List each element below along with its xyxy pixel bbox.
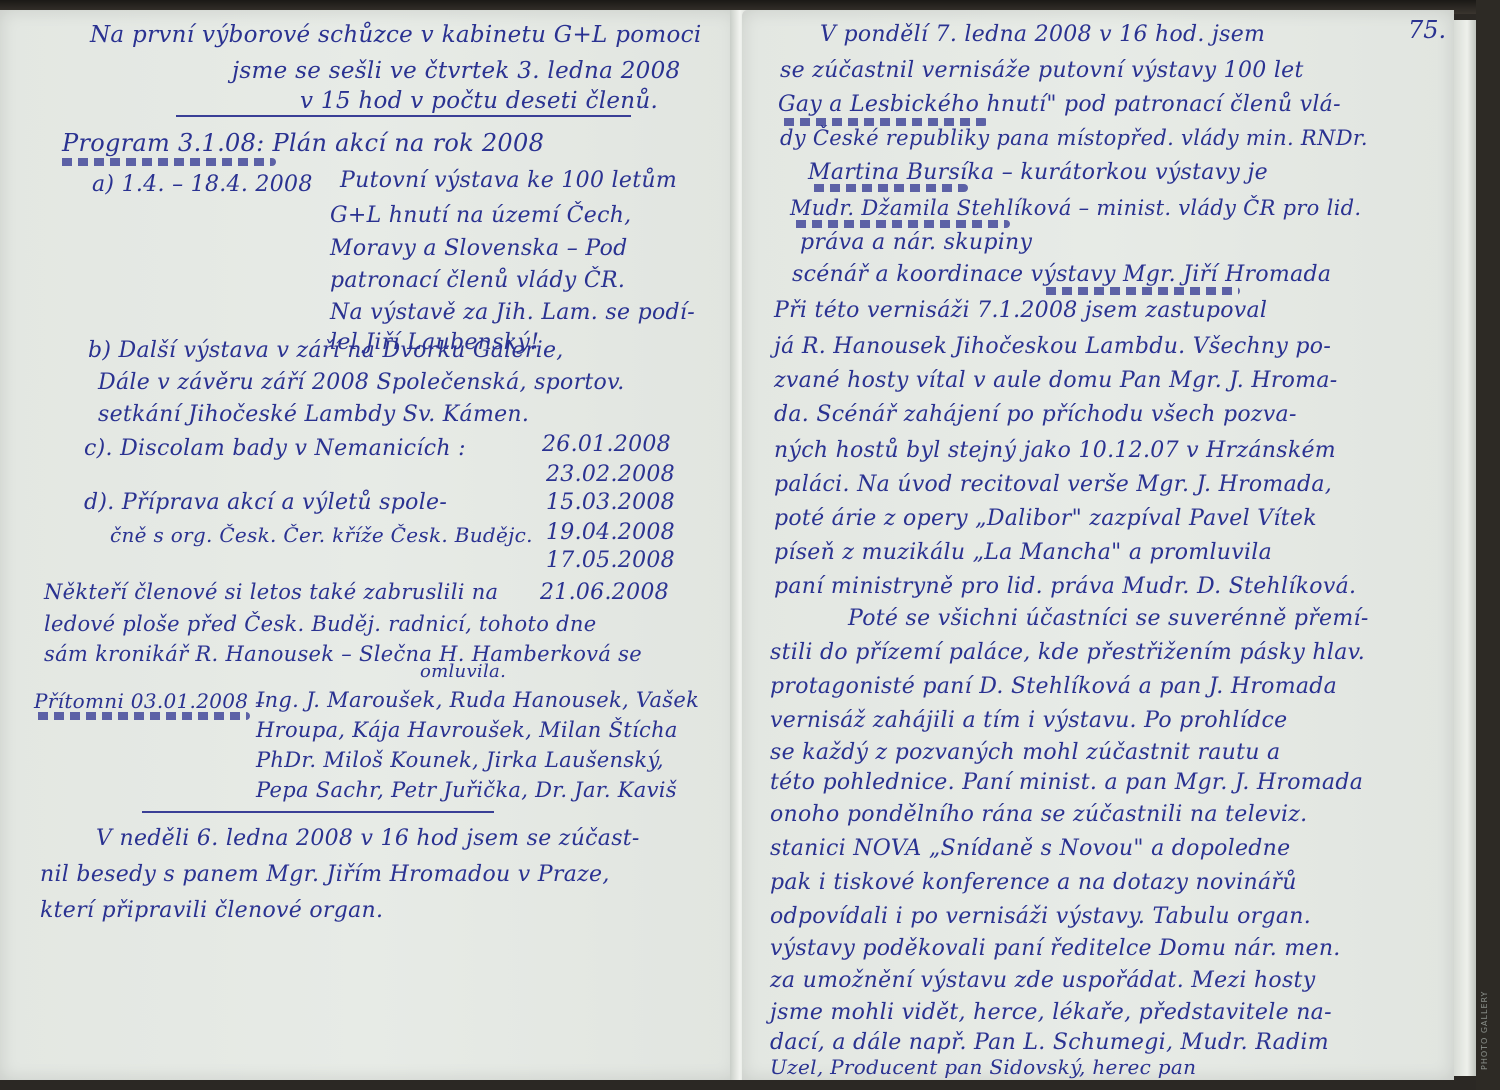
paragraph-line: Mudr. Džamila Stehlíková – minist. vlády… [790, 196, 1361, 220]
paragraph-line: se každý z pozvaných mohl zúčastnit raut… [770, 740, 1280, 765]
paragraph-line: vernisáž zahájili a tím i výstavu. Po pr… [770, 708, 1287, 733]
event-date: 23.02.2008 [546, 462, 675, 487]
skating-line: omluvila. [420, 662, 506, 683]
paragraph-line: odpovídali i po vernisáži výstavy. Tabul… [770, 904, 1311, 929]
program-heading-underline [56, 158, 276, 166]
attendance-label-underline [32, 712, 250, 720]
paragraph-line: výstavy poděkovali paní ředitelce Domu n… [770, 936, 1341, 961]
paragraph-line: Martina Bursíka – kurátorkou výstavy je [808, 160, 1268, 185]
paragraph-line: onoho pondělního rána se zúčastnili na t… [770, 802, 1307, 827]
item-d-line: čně s org. Česk. Čer. kříže Česk. Budějc… [110, 524, 533, 547]
exhibition-title-underline [778, 118, 988, 126]
skating-line: ledové ploše před Česk. Buděj. radnicí, … [44, 612, 596, 636]
attendance-names-line: Pepa Sachr, Petr Juřička, Dr. Jar. Kaviš [256, 778, 677, 802]
program-heading: Program 3.1.08: Plán akcí na rok 2008 [62, 130, 544, 158]
skating-line: Někteří členové si letos také zabruslili… [44, 580, 498, 604]
item-b-line: Dále v závěru září 2008 Společenská, spo… [98, 370, 625, 395]
item-a-line: Moravy a Slovenska – Pod [330, 236, 628, 261]
minister-underline [790, 220, 1010, 228]
paragraph-line: dy České republiky pana místopřed. vlády… [780, 126, 1368, 150]
attendance-names-line: PhDr. Miloš Kounek, Jirka Laušenský, [256, 748, 664, 772]
skating-line: sám kronikář R. Hanousek – Slečna H. Ham… [44, 642, 642, 666]
intro-underline [176, 115, 631, 117]
intro-line: Na první výborové schůzce v kabinetu G+L… [90, 22, 702, 48]
paragraph-line: Poté se všichni účastníci se suverénně p… [848, 606, 1369, 631]
item-a-line: G+L hnutí na území Čech, [330, 203, 631, 228]
sunday-line: nil besedy s panem Mgr. Jiřím Hromadou v… [40, 862, 610, 887]
event-date: 17.05.2008 [546, 548, 675, 573]
paragraph-line: stili do přízemí paláce, kde přestřižení… [770, 640, 1365, 665]
item-b-line: b) Další výstava v září na Dvorku Galeri… [88, 338, 564, 363]
paragraph-line: já R. Hanousek Jihočeskou Lambdu. Všechn… [774, 334, 1331, 359]
item-a-line: Putovní výstava ke 100 letům [340, 168, 677, 193]
attendance-label: Přítomni 03.01.2008 – [34, 690, 265, 713]
paragraph-line: píseň z muzikálu „La Mancha" a promluvil… [774, 540, 1272, 565]
intro-line: v 15 hod v počtu deseti členů. [300, 88, 658, 114]
paragraph-line: Při této vernisáži 7.1.2008 jsem zastupo… [774, 298, 1267, 323]
paragraph-line: dací, a dále např. Pan L. Schumegi, Mudr… [770, 1030, 1329, 1055]
paragraph-line: se zúčastnil vernisáže putovní výstavy 1… [780, 58, 1304, 83]
program-item-c: c). Discolam bady v Nemanicích : [84, 436, 466, 461]
attendance-names-line: Hroupa, Kája Havroušek, Milan Štícha [256, 718, 678, 742]
paragraph-line: paláci. Na úvod recitoval verše Mgr. J. … [774, 472, 1332, 497]
paragraph-line: této pohlednice. Paní minist. a pan Mgr.… [770, 770, 1363, 795]
paragraph-line: stanici NOVA „Snídaně s Novou" a dopoled… [770, 836, 1290, 861]
photo-watermark: PHOTO GALLERY [1480, 930, 1494, 1070]
scenario-underline [1040, 287, 1240, 295]
paragraph-line: Gay a Lesbického hnutí" pod patronací čl… [778, 92, 1341, 117]
attendance-names-line: Ing. J. Maroušek, Ruda Hanousek, Vašek [256, 688, 699, 712]
intro-line: jsme se sešli ve čtvrtek 3. ledna 2008 [232, 58, 680, 84]
sunday-line: kterí připravili členové organ. [40, 898, 383, 923]
paragraph-line: jsme mohli vidět, herce, lékaře, předsta… [770, 1000, 1332, 1025]
paragraph-line: da. Scénář zahájení po příchodu všech po… [774, 402, 1297, 427]
paragraph-line: protagonisté paní D. Stehlíková a pan J.… [770, 674, 1337, 699]
sunday-line: V neděli 6. ledna 2008 v 16 hod jsem se … [96, 826, 640, 851]
paragraph-line: zvané hosty vítal v aule domu Pan Mgr. J… [774, 368, 1338, 393]
notebook-spread: PHOTO GALLERY Na první výborové schůzce … [0, 0, 1500, 1090]
paragraph-line: paní ministryně pro lid. práva Mudr. D. … [774, 574, 1356, 599]
book-cover-edge [1476, 0, 1500, 1090]
event-date: 15.03.2008 [546, 490, 675, 515]
paragraph-line: scénář a koordinace výstavy Mgr. Jiří Hr… [792, 262, 1331, 287]
paragraph-line: poté árie z opery „Dalibor" zazpíval Pav… [774, 506, 1317, 531]
event-date: 26.01.2008 [542, 432, 671, 457]
right-page-edge [1454, 20, 1476, 1076]
item-b-line: setkání Jihočeské Lambdy Sv. Kámen. [98, 402, 529, 427]
paragraph-line: za umožnění výstavu zde uspořádat. Mezi … [770, 968, 1315, 993]
paragraph-line: pak i tiskové konference a na dotazy nov… [770, 870, 1297, 895]
paragraph-line: V pondělí 7. ledna 2008 v 16 hod. jsem [820, 22, 1265, 47]
paragraph-line: ných hostů byl stejný jako 10.12.07 v Hr… [774, 438, 1336, 463]
event-date: 21.06.2008 [540, 580, 669, 605]
page-number: 75. [1408, 16, 1446, 44]
item-a-date: a) 1.4. – 18.4. 2008 [92, 172, 313, 197]
item-a-line: Na výstavě za Jih. Lam. se podí- [330, 300, 695, 325]
curator-underline [808, 184, 968, 192]
event-date: 19.04.2008 [546, 520, 675, 545]
section-divider [142, 811, 494, 813]
item-d-line: d). Příprava akcí a výletů spole- [84, 490, 447, 515]
paragraph-line: práva a nár. skupiny [800, 230, 1032, 255]
item-a-line: patronací členů vlády ČR. [330, 268, 625, 293]
